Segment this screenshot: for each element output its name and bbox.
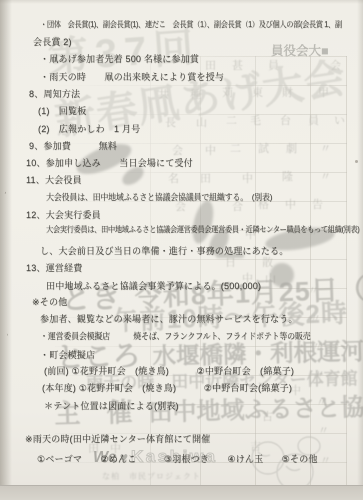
doc-line: (前回) ①花野井町会 (焼き鳥) ②中野台町会 (綿菓子): [44, 364, 294, 377]
scan-edge-left: [0, 0, 12, 500]
doc-line: ・雨天の時 凧の出来映えにより賞を授与: [40, 70, 224, 83]
doc-line: 13、運営経費: [26, 261, 82, 274]
doc-line: ※雨天の時(田中近隣センター体育館にて開催: [25, 432, 210, 445]
doc-line: 大会役員は、田中地域ふるさと協議会協議員で組織する。 (別表): [46, 191, 272, 203]
document-text: ・団体 会長賞(1)、副会長賞(1)、連だこ 会長賞（1）、副会長賞（1）及び個…: [0, 0, 363, 500]
scanned-document-page: 田甚員会共種苅東財甲長山二毛台員い会中二試劇〃名田中隆〃会合格中告中〃日散中山〃…: [0, 0, 363, 500]
doc-line: ・町会模擬店: [40, 348, 95, 361]
doc-line: (2) 広報かしわ 1 月号: [38, 122, 140, 135]
doc-line: 10、参加申し込み 当日会場にて受付: [26, 156, 193, 169]
doc-line: 参加者、観覧などの来場者に、豚汁の無料サービスを行なう。: [40, 312, 298, 325]
doc-line: (1) 回覧板: [38, 104, 86, 117]
doc-line: 12、大会実行委員: [26, 208, 101, 221]
scan-artifact: [355, 160, 358, 163]
doc-line: ・凧あげ参加者先着 500 名様に参加賞: [40, 52, 199, 65]
doc-line: ・運営委員会模擬店 焼そば、フランクフルト、フライドポテト等の販売: [40, 330, 310, 342]
doc-line: ①ベーゴマ ②めんこ ③羽根つき ④けん玉 ⑤その他: [37, 452, 318, 465]
doc-line: 9、参加費 無料: [29, 139, 117, 152]
scan-edge-right: [357, 0, 363, 500]
doc-line: (本年度) ①花野井町会 (焼き鳥) ②中野台町会(綿菓子): [42, 381, 292, 394]
doc-line: し、大会前日及び当日の準備・進行・事務の処理にあたる。: [40, 244, 288, 257]
scan-edge-bottom: [0, 485, 363, 500]
doc-line: 会長賞 2): [33, 35, 72, 48]
doc-line: ※その他: [32, 295, 67, 308]
doc-line: ＊テント位置は図面による(別表): [44, 399, 179, 412]
doc-line: 大会実行委員は、田中地域ふるさと協議会運営委員会運営委員・近隣センター職員をもっ…: [46, 224, 359, 235]
scan-edge-top: [0, 0, 363, 4]
doc-line: ・団体 会長賞(1)、副会長賞(1)、連だこ 会長賞（1）、副会長賞（1）及び個…: [40, 19, 342, 30]
doc-line: 8、周知方法: [29, 87, 80, 100]
doc-line: 11、大会役員: [26, 173, 82, 186]
doc-line: 田中地域ふるさと協議会事業予算による。(500,000): [46, 279, 261, 292]
